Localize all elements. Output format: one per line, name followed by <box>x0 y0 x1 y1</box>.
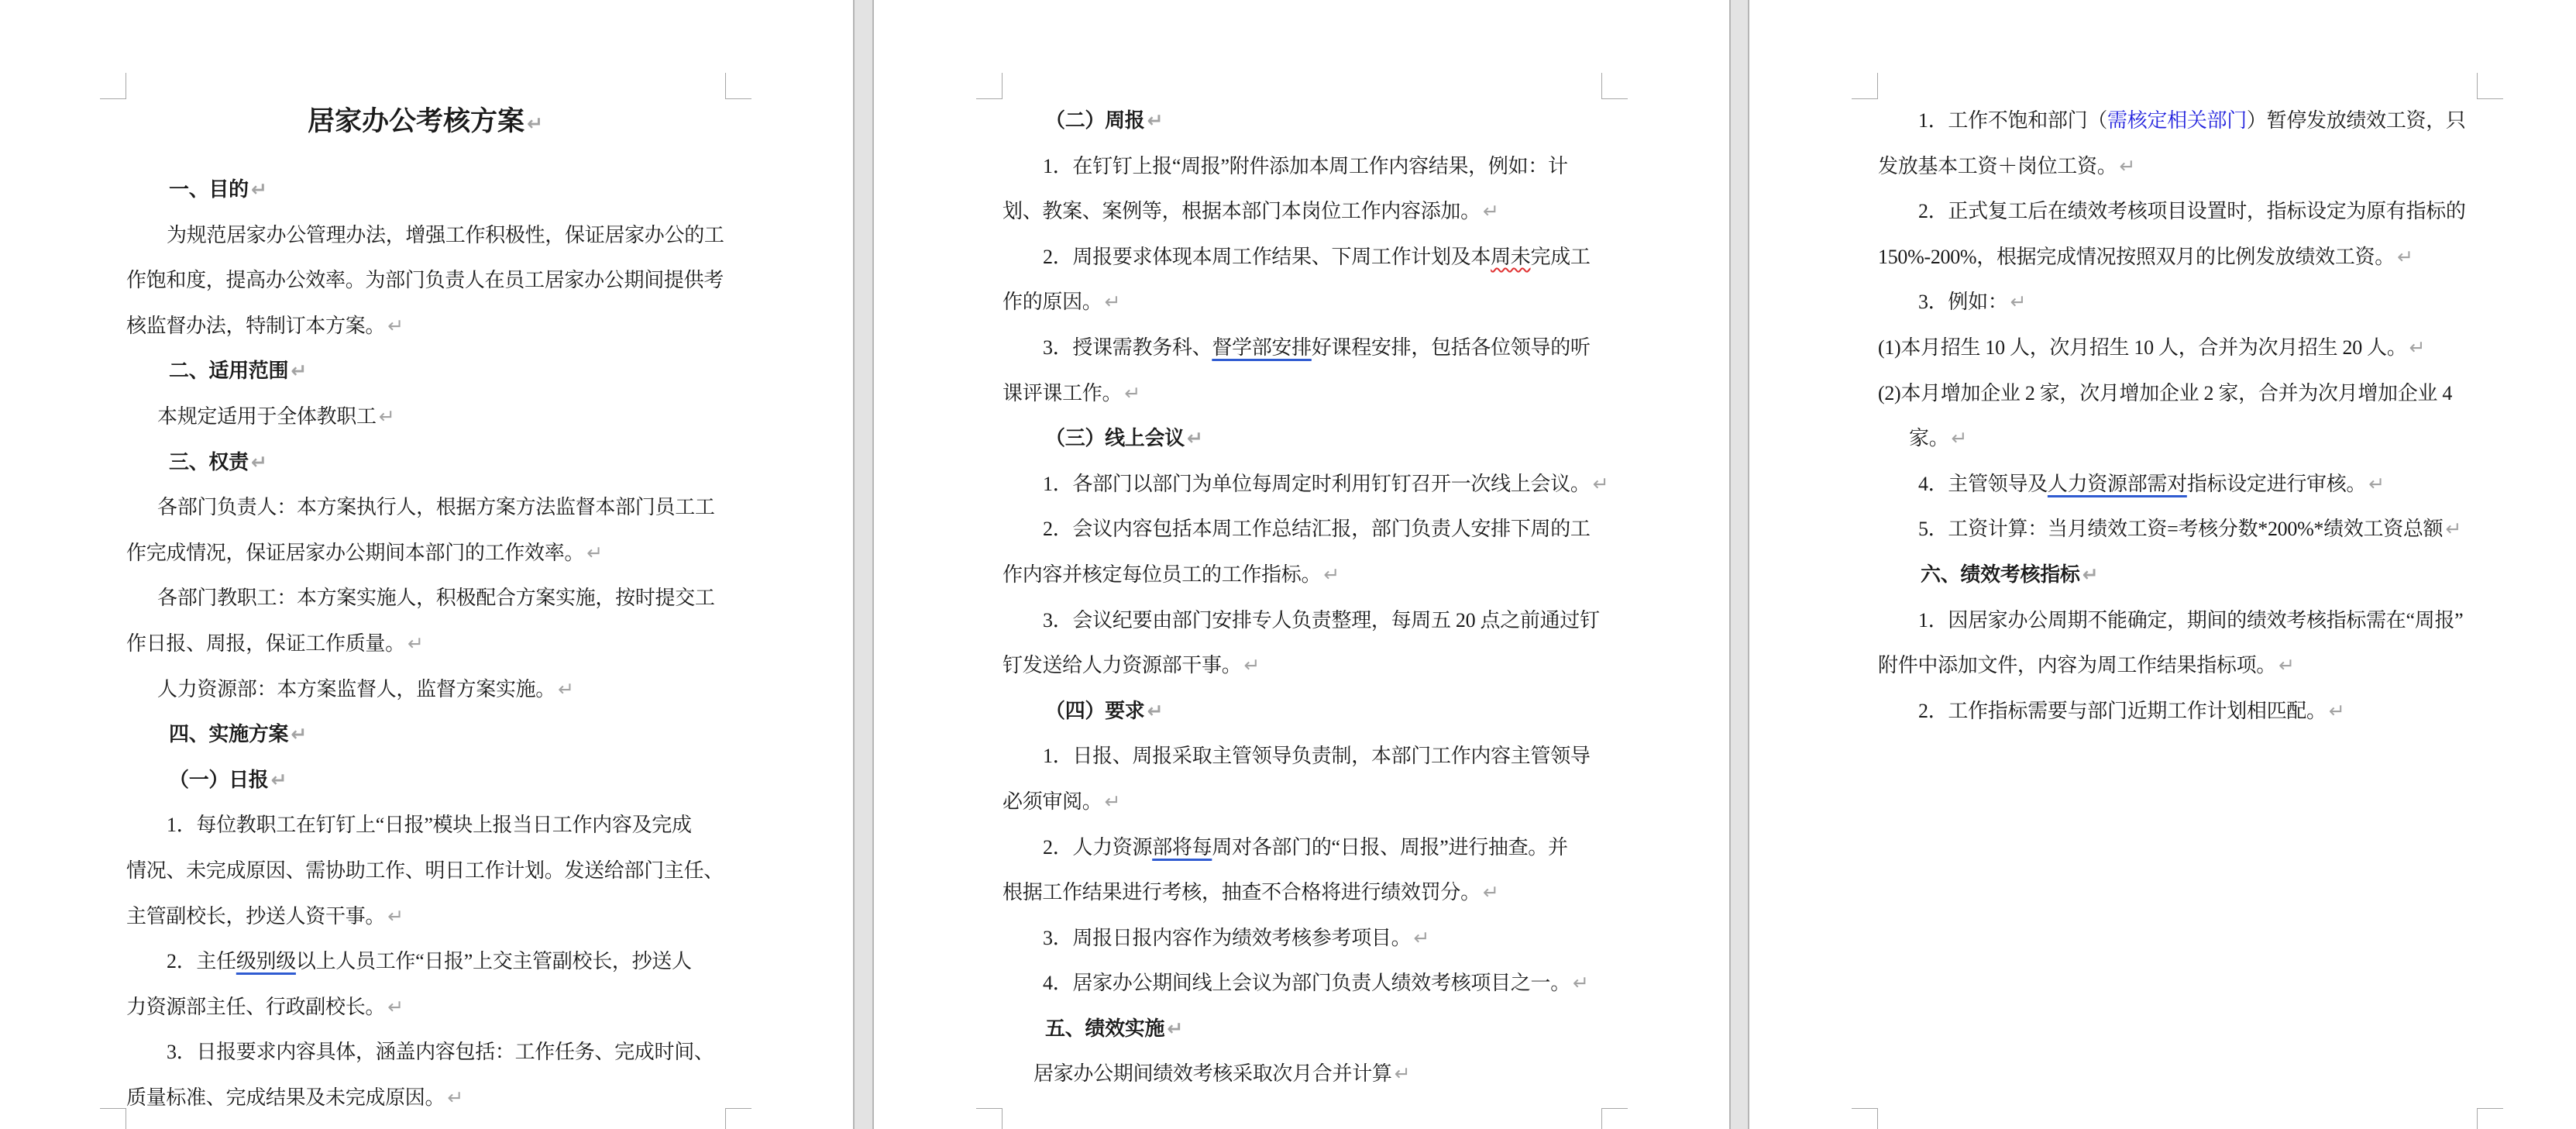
paragraph-mark-icon: ↵ <box>1124 382 1140 404</box>
blue-colored-text: 需核定相关部门 <box>2107 109 2247 132</box>
margin-corner-mark <box>2477 1108 2503 1129</box>
text-run: (1)本月招生 10 人，次月招生 10 人，合并为次月招生 20 人。 <box>1878 336 2407 359</box>
paragraph-wrap-line[interactable]: (2)本月增加企业 2 家，次月增加企业 2 家，合并为次月增加企业 4 <box>1878 371 2476 417</box>
text-run: 1．每位教职工在钉钉上“日报”模块上报当日工作内容及完成 <box>167 814 692 836</box>
text-run: （二）周报 <box>1045 109 1145 132</box>
paragraph-mark-icon: ↵ <box>1147 109 1164 132</box>
text-run: 5．工资计算：当月绩效工资=考核分数*200%*绩效工资总额 <box>1918 518 2443 540</box>
paragraph-mark-icon: ↵ <box>1395 1062 1411 1085</box>
grammar-underlined-text: 部将每 <box>1152 836 1212 859</box>
text-run: 作内容并核定每位员工的工作指标。 <box>1003 563 1321 586</box>
document-page-3: 1．工作不饱和部门（需核定相关部门）暂停发放绩效工资，只发放基本工资＋岗位工资。… <box>1748 0 2576 1129</box>
text-run: 2．周报要求体现本周工作结果、下周工作计划及本 <box>1043 246 1491 268</box>
paragraph-mark-icon: ↵ <box>251 178 267 201</box>
text-run: 六、绩效考核指标 <box>1921 563 2080 586</box>
text-run: 1．因居家办公周期不能确定，期间的绩效考核指标需在“周报” <box>1918 609 2463 632</box>
paragraph-mark-icon: ↵ <box>1573 972 1589 994</box>
paragraph-wrap-line[interactable]: 力资源部主任、行政副校长。↵ <box>126 985 724 1031</box>
grammar-underlined-text: 级别级 <box>236 950 296 972</box>
text-run: 作的原因。 <box>1003 291 1102 313</box>
heading-line[interactable]: 二、适用范围↵ <box>126 349 724 394</box>
text-run: 2．正式复工后在绩效考核项目设置时，指标设定为原有指标的 <box>1918 200 2466 222</box>
paragraph-mark-icon: ↵ <box>1323 563 1340 586</box>
text-run: 1．各部门以部门为单位每周定时利用钉钉召开一次线上会议。 <box>1043 473 1591 495</box>
text-run: 四、实施方案 <box>169 723 288 745</box>
paragraph-first-line[interactable]: 各部门负责人：本方案执行人，根据方案方法监督本部门员工工 <box>126 485 724 531</box>
text-run: 4．居家办公期间线上会议为部门负责人绩效考核项目之一。 <box>1043 972 1570 994</box>
document-canvas: 居家办公考核方案↵一、目的↵为规范居家办公管理办法，增强工作积极性，保证居家办公… <box>0 0 2576 1129</box>
heading-line[interactable]: （二）周报↵ <box>1003 98 1601 144</box>
paragraph-wrap-line[interactable]: 情况、未完成原因、需协助工作、明日工作计划。发送给部门主任、 <box>126 848 724 894</box>
text-run: 2．人力资源 <box>1043 836 1152 859</box>
text-run: 人力资源部：本方案监督人，监督方案实施。 <box>157 678 555 700</box>
text-run: 作日报、周报，保证工作质量。 <box>126 632 405 655</box>
text-run: 发放基本工资＋岗位工资。 <box>1878 155 2117 177</box>
text-run: 一、目的 <box>169 178 249 201</box>
paragraph-first-line[interactable]: 2．人力资源部将每周对各部门的“日报、周报”进行抽查。并 <box>1003 825 1601 871</box>
paragraph-first-line[interactable]: 各部门教职工：本方案实施人，积极配合方案实施，按时提交工 <box>126 576 724 621</box>
paragraph-first-line[interactable]: 4．主管领导及人力资源部需对指标设定进行审核。↵ <box>1878 462 2476 508</box>
paragraph-first-line[interactable]: 2．周报要求体现本周工作结果、下周工作计划及本周未完成工 <box>1003 235 1601 281</box>
paragraph-mark-icon: ↵ <box>271 769 287 791</box>
paragraph-mark-icon: ↵ <box>1243 654 1260 676</box>
paragraph-mark-icon: ↵ <box>1413 927 1429 949</box>
text-run: 完成工 <box>1531 246 1591 268</box>
paragraph-mark-icon: ↵ <box>2082 563 2099 586</box>
paragraph-wrap-line[interactable]: 作日报、周报，保证工作质量。↵ <box>126 621 724 667</box>
text-run: 各部门负责人：本方案执行人，根据方案方法监督本部门员工工 <box>157 496 715 518</box>
paragraph-first-line[interactable]: 1．因居家办公周期不能确定，期间的绩效考核指标需在“周报” <box>1878 598 2476 644</box>
text-run: 3．周报日报内容作为绩效考核参考项目。 <box>1043 927 1411 949</box>
paragraph-mark-icon: ↵ <box>291 360 307 382</box>
heading-line[interactable]: 六、绩效考核指标↵ <box>1878 552 2476 598</box>
page-text-area[interactable]: （二）周报↵1．在钉钉上报“周报”附件添加本周工作内容结果，例如：计划、教案、案… <box>1003 98 1601 1097</box>
paragraph-wrap-line[interactable]: 附件中添加文件，内容为周工作结果指标项。↵ <box>1878 643 2476 689</box>
paragraph-mark-icon: ↵ <box>387 315 404 337</box>
paragraph-first-line[interactable]: 本规定适用于全体教职工↵ <box>126 394 724 440</box>
text-run: 五、绩效实施 <box>1045 1017 1164 1040</box>
text-run: 课评课工作。 <box>1003 382 1122 404</box>
paragraph-mark-icon: ↵ <box>2279 654 2295 676</box>
text-run: 家。 <box>1909 427 1948 449</box>
text-run: 4．主管领导及 <box>1918 473 2048 495</box>
text-run: 1．在钉钉上报“周报”附件添加本周工作内容结果，例如：计 <box>1043 155 1568 177</box>
paragraph-mark-icon: ↵ <box>2010 291 2027 313</box>
text-run: 3．日报要求内容具体，涵盖内容包括：工作任务、完成时间、 <box>167 1041 714 1063</box>
paragraph-mark-icon: ↵ <box>1483 200 1499 222</box>
heading-line[interactable]: 五、绩效实施↵ <box>1003 1007 1601 1052</box>
margin-corner-mark <box>100 1108 126 1129</box>
paragraph-mark-icon: ↵ <box>1593 473 1609 495</box>
paragraph-mark-icon: ↵ <box>527 112 543 135</box>
paragraph-mark-icon: ↵ <box>387 996 404 1018</box>
heading-line[interactable]: （三）线上会议↵ <box>1003 416 1601 462</box>
document-page-1: 居家办公考核方案↵一、目的↵为规范居家办公管理办法，增强工作积极性，保证居家办公… <box>0 0 855 1129</box>
paragraph-first-line[interactable]: 3．授课需教务科、督学部安排好课程安排，包括各位领导的听 <box>1003 325 1601 371</box>
paragraph-first-line[interactable]: 家。↵ <box>1878 416 2476 462</box>
text-run: 本规定适用于全体教职工 <box>157 405 377 428</box>
text-run: 划、教案、案例等，根据本部门本岗位工作内容添加。 <box>1003 200 1481 222</box>
paragraph-first-line[interactable]: 3．例如：↵ <box>1878 280 2476 325</box>
paragraph-first-line[interactable]: 居家办公期间绩效考核采取次月合并计算↵ <box>1003 1052 1601 1097</box>
text-run: 主管副校长，抄送人资干事。 <box>126 905 385 928</box>
paragraph-mark-icon: ↵ <box>1105 291 1121 313</box>
text-run: 2．工作指标需要与部门近期工作计划相匹配。 <box>1918 700 2327 722</box>
text-run: 2．会议内容包括本周工作总结汇报，部门负责人安排下周的工 <box>1043 518 1591 540</box>
paragraph-mark-icon: ↵ <box>408 632 424 655</box>
paragraph-wrap-line[interactable]: 作完成情况，保证居家办公期间本部门的工作效率。↵ <box>126 531 724 577</box>
paragraph-first-line[interactable]: 5．工资计算：当月绩效工资=考核分数*200%*绩效工资总额↵ <box>1878 507 2476 552</box>
text-run: 1．工作不饱和部门（ <box>1918 109 2107 132</box>
paragraph-first-line[interactable]: 3．日报要求内容具体，涵盖内容包括：工作任务、完成时间、 <box>126 1030 724 1076</box>
paragraph-mark-icon: ↵ <box>1147 700 1164 722</box>
text-run: 周对各部门的“日报、周报”进行抽查。并 <box>1212 836 1567 859</box>
paragraph-mark-icon: ↵ <box>2445 518 2461 540</box>
paragraph-wrap-line[interactable]: 划、教案、案例等，根据本部门本岗位工作内容添加。↵ <box>1003 189 1601 235</box>
grammar-underlined-text: 督学部安排 <box>1212 336 1312 359</box>
paragraph-first-line[interactable]: 2．正式复工后在绩效考核项目设置时，指标设定为原有指标的 <box>1878 189 2476 235</box>
text-run: ）暂停发放绩效工资，只 <box>2247 109 2466 132</box>
paragraph-first-line[interactable]: 3．会议纪要由部门安排专人负责整理，每周五 20 点之前通过钉 <box>1003 598 1601 644</box>
paragraph-mark-icon: ↵ <box>251 451 267 473</box>
text-run: 以上人员工作“日报”上交主管副校长，抄送人 <box>296 950 692 972</box>
text-run: 1．日报、周报采取主管领导负责制，本部门工作内容主管领导 <box>1043 745 1591 767</box>
paragraph-first-line[interactable]: 2．会议内容包括本周工作总结汇报，部门负责人安排下周的工 <box>1003 507 1601 552</box>
text-run: 3．例如： <box>1918 291 2008 313</box>
text-run: 情况、未完成原因、需协助工作、明日工作计划。发送给部门主任、 <box>126 859 724 882</box>
paragraph-mark-icon: ↵ <box>558 678 574 700</box>
paragraph-mark-icon: ↵ <box>1483 881 1499 904</box>
text-run: （三）线上会议 <box>1045 427 1185 449</box>
heading-line[interactable]: （四）要求↵ <box>1003 689 1601 735</box>
text-run: 二、适用范围 <box>169 360 288 382</box>
paragraph-first-line[interactable]: 1．工作不饱和部门（需核定相关部门）暂停发放绩效工资，只 <box>1878 98 2476 144</box>
paragraph-mark-icon: ↵ <box>2368 473 2385 495</box>
paragraph-wrap-line[interactable]: (1)本月招生 10 人，次月招生 10 人，合并为次月招生 20 人。↵ <box>1878 325 2476 371</box>
heading-line[interactable]: 三、权责↵ <box>126 440 724 486</box>
paragraph-wrap-line[interactable]: 发放基本工资＋岗位工资。↵ <box>1878 144 2476 190</box>
paragraph-first-line[interactable]: 1．在钉钉上报“周报”附件添加本周工作内容结果，例如：计 <box>1003 144 1601 190</box>
paragraph-wrap-line[interactable]: 钉发送给人力资源部干事。↵ <box>1003 643 1601 689</box>
heading-line[interactable]: 四、实施方案↵ <box>126 712 724 758</box>
paragraph-wrap-line[interactable]: 主管副校长，抄送人资干事。↵ <box>126 894 724 940</box>
paragraph-mark-icon: ↵ <box>447 1086 463 1109</box>
text-run: （四）要求 <box>1045 700 1145 722</box>
text-run: 居家办公期间绩效考核采取次月合并计算 <box>1033 1062 1392 1085</box>
paragraph-wrap-line[interactable]: 作饱和度，提高办公效率。为部门负责人在员工居家办公期间提供考 <box>126 258 724 304</box>
paragraph-mark-icon: ↵ <box>1105 790 1121 813</box>
text-run: 3．授课需教务科、 <box>1043 336 1212 359</box>
paragraph-wrap-line[interactable]: 150%-200%，根据完成情况按照双月的比例发放绩效工资。↵ <box>1878 235 2476 281</box>
text-run: 钉发送给人力资源部干事。 <box>1003 654 1241 676</box>
margin-corner-mark <box>1601 73 1628 99</box>
text-run: (2)本月增加企业 2 家，次月增加企业 2 家，合并为次月增加企业 4 <box>1878 382 2452 404</box>
text-run: 为规范居家办公管理办法，增强工作积极性，保证居家办公的工 <box>167 224 724 246</box>
paragraph-first-line[interactable]: 4．居家办公期间线上会议为部门负责人绩效考核项目之一。↵ <box>1003 961 1601 1007</box>
paragraph-mark-icon: ↵ <box>2119 155 2135 177</box>
paragraph-first-line[interactable]: 2．工作指标需要与部门近期工作计划相匹配。↵ <box>1878 689 2476 735</box>
text-run: 3．会议纪要由部门安排专人负责整理，每周五 20 点之前通过钉 <box>1043 609 1600 632</box>
paragraph-wrap-line[interactable]: 作内容并核定每位员工的工作指标。↵ <box>1003 552 1601 598</box>
margin-corner-mark <box>725 73 751 99</box>
paragraph-mark-icon: ↵ <box>1951 427 1967 449</box>
paragraph-mark-icon: ↵ <box>1187 427 1203 449</box>
text-run: 各部门教职工：本方案实施人，积极配合方案实施，按时提交工 <box>157 587 715 609</box>
text-run: 作饱和度，提高办公效率。为部门负责人在员工居家办公期间提供考 <box>126 269 724 291</box>
paragraph-first-line[interactable]: 3．周报日报内容作为绩效考核参考项目。↵ <box>1003 916 1601 962</box>
text-run: 核监督办法，特制订本方案。 <box>126 315 385 337</box>
text-run: 三、权责 <box>169 451 249 473</box>
margin-corner-mark <box>1852 73 1878 99</box>
paragraph-first-line[interactable]: 1．每位教职工在钉钉上“日报”模块上报当日工作内容及完成 <box>126 803 724 848</box>
margin-corner-mark <box>2477 73 2503 99</box>
paragraph-wrap-line[interactable]: 作的原因。↵ <box>1003 280 1601 325</box>
text-run: 根据工作结果进行考核，抽查不合格将进行绩效罚分。 <box>1003 881 1481 904</box>
grammar-underlined-text: 人力资源部需对 <box>2048 473 2187 495</box>
paragraph-first-line[interactable]: 为规范居家办公管理办法，增强工作积极性，保证居家办公的工 <box>126 213 724 259</box>
paragraph-mark-icon: ↵ <box>2329 700 2345 722</box>
text-run: 指标设定进行审核。 <box>2187 473 2366 495</box>
paragraph-wrap-line[interactable]: 质量标准、完成结果及未完成原因。↵ <box>126 1076 724 1121</box>
text-run: 2．主任 <box>167 950 236 972</box>
text-run: 居家办公考核方案 <box>308 106 524 136</box>
paragraph-mark-icon: ↵ <box>1167 1017 1183 1040</box>
paragraph-mark-icon: ↵ <box>291 723 307 745</box>
margin-corner-mark <box>725 1108 751 1129</box>
text-run: 必须审阅。 <box>1003 790 1102 813</box>
text-run: 150%-200%，根据完成情况按照双月的比例发放绩效工资。 <box>1878 246 2395 268</box>
text-run: 作完成情况，保证居家办公期间本部门的工作效率。 <box>126 542 584 564</box>
paragraph-wrap-line[interactable]: 根据工作结果进行考核，抽查不合格将进行绩效罚分。↵ <box>1003 870 1601 916</box>
paragraph-mark-icon: ↵ <box>379 405 395 428</box>
paragraph-first-line[interactable]: 1．各部门以部门为单位每周定时利用钉钉召开一次线上会议。↵ <box>1003 462 1601 508</box>
page-text-area[interactable]: 居家办公考核方案↵一、目的↵为规范居家办公管理办法，增强工作积极性，保证居家办公… <box>126 98 724 1120</box>
margin-corner-mark <box>976 73 1003 99</box>
text-run: （一）日报 <box>169 769 269 791</box>
paragraph-mark-icon: ↵ <box>586 542 603 564</box>
paragraph-mark-icon: ↵ <box>2397 246 2413 268</box>
margin-corner-mark <box>976 1108 1003 1129</box>
paragraph-first-line[interactable]: 2．主任级别级以上人员工作“日报”上交主管副校长，抄送人 <box>126 939 724 985</box>
margin-corner-mark <box>1852 1108 1878 1129</box>
paragraph-mark-icon: ↵ <box>387 905 404 928</box>
paragraph-first-line[interactable]: 人力资源部：本方案监督人，监督方案实施。↵ <box>126 667 724 713</box>
spellcheck-flagged-text: 周未 <box>1491 246 1530 268</box>
document-page-2: （二）周报↵1．在钉钉上报“周报”附件添加本周工作内容结果，例如：计划、教案、案… <box>872 0 1731 1129</box>
heading-line[interactable]: （一）日报↵ <box>126 758 724 804</box>
heading-line[interactable]: 一、目的↵ <box>126 167 724 213</box>
margin-corner-mark <box>1601 1108 1628 1129</box>
text-run: 附件中添加文件，内容为周工作结果指标项。 <box>1878 654 2276 676</box>
document-title-line[interactable]: 居家办公考核方案↵ <box>126 98 724 167</box>
paragraph-first-line[interactable]: 1．日报、周报采取主管领导负责制，本部门工作内容主管领导 <box>1003 734 1601 780</box>
page-text-area[interactable]: 1．工作不饱和部门（需核定相关部门）暂停发放绩效工资，只发放基本工资＋岗位工资。… <box>1878 98 2476 734</box>
paragraph-wrap-line[interactable]: 核监督办法，特制订本方案。↵ <box>126 304 724 349</box>
paragraph-wrap-line[interactable]: 课评课工作。↵ <box>1003 371 1601 417</box>
text-run: 质量标准、完成结果及未完成原因。 <box>126 1086 445 1109</box>
paragraph-mark-icon: ↵ <box>2409 336 2426 359</box>
paragraph-wrap-line[interactable]: 必须审阅。↵ <box>1003 780 1601 825</box>
text-run: 力资源部主任、行政副校长。 <box>126 996 385 1018</box>
text-run: 好课程安排，包括各位领导的听 <box>1312 336 1591 359</box>
margin-corner-mark <box>100 73 126 99</box>
